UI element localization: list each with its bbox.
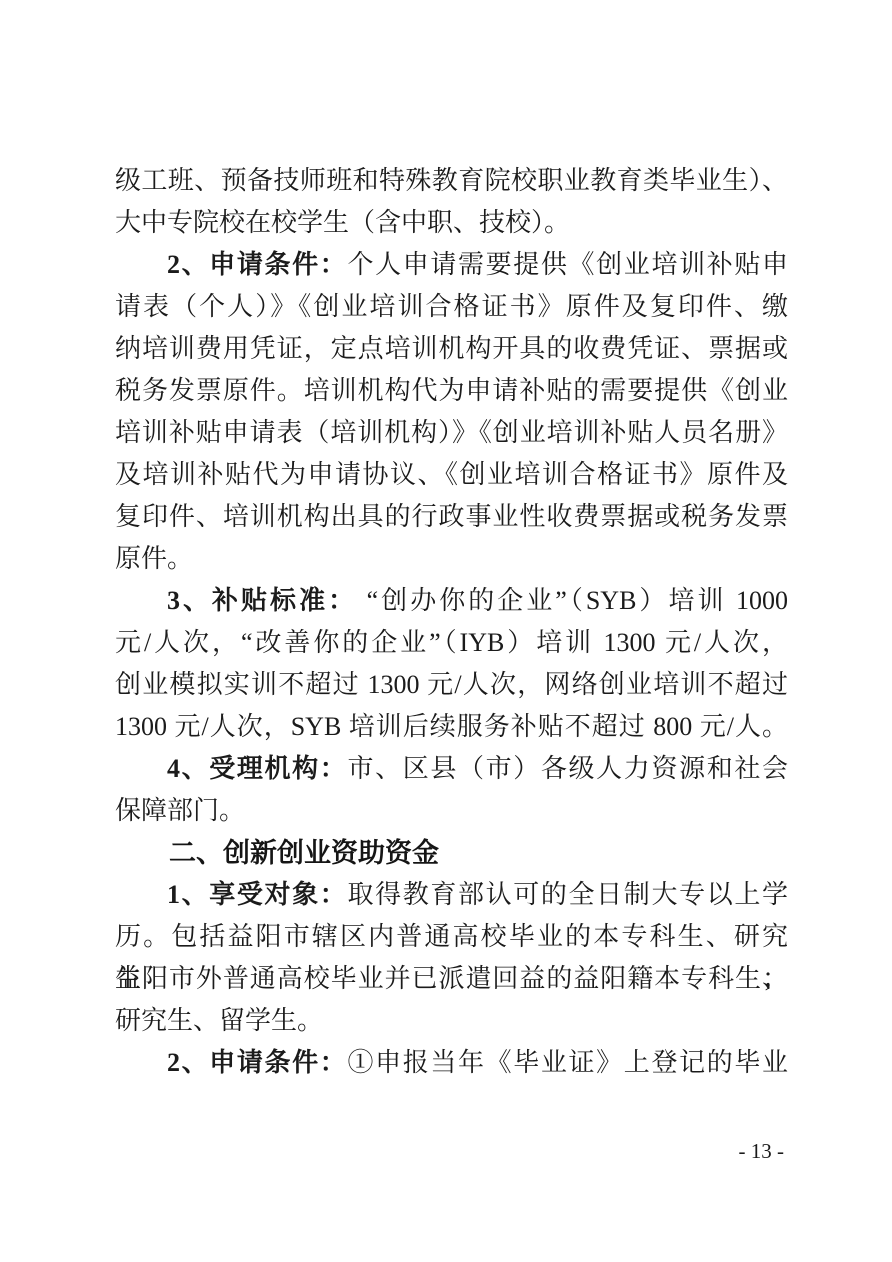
bold-label: 3、补贴标准： <box>167 586 357 615</box>
bold-label: 4、受理机构： <box>167 754 347 783</box>
text-run: 元/人次，“改善你的企业”（IYB）培训 1300 元/人次， <box>115 628 788 657</box>
document-page: 级工班、预备技师班和特殊教育院校职业教育类毕业生）、大中专院校在校学生（含中职、… <box>0 0 892 1262</box>
document-line: 创业模拟实训不超过 1300 元/人次，网络创业培训不超过 <box>115 664 788 706</box>
text-run: 研究生、留学生。 <box>115 1006 323 1035</box>
document-line: 纳培训费用凭证，定点培训机构开具的收费凭证、票据或 <box>115 328 788 370</box>
document-body: 级工班、预备技师班和特殊教育院校职业教育类毕业生）、大中专院校在校学生（含中职、… <box>115 160 788 1084</box>
document-line: 复印件、培训机构出具的行政事业性收费票据或税务发票 <box>115 496 788 538</box>
text-run: 1300 元/人次，SYB 培训后续服务补贴不超过 800 元/人。 <box>115 712 788 741</box>
document-line: 1300 元/人次，SYB 培训后续服务补贴不超过 800 元/人。 <box>115 706 788 748</box>
bold-label: 二、创新创业资助资金 <box>169 838 439 868</box>
document-line: 请表（个人）》《创业培训合格证书》原件及复印件、缴 <box>115 286 788 328</box>
text-run: 个人申请需要提供《创业培训补贴申 <box>347 250 788 279</box>
text-run: 纳培训费用凭证，定点培训机构开具的收费凭证、票据或 <box>115 334 788 363</box>
bold-label: 1、享受对象： <box>167 880 347 909</box>
document-line: 2、申请条件：①申报当年《毕业证》上登记的毕业 <box>115 1042 788 1084</box>
text-run: 及培训补贴代为申请协议、《创业培训合格证书》原件及 <box>115 460 788 489</box>
bold-label: 2、申请条件： <box>167 1048 347 1077</box>
document-line: 3、补贴标准： “创办你的企业”（SYB）培训 1000 <box>115 580 788 622</box>
text-run: 保障部门。 <box>115 796 245 825</box>
document-line: 及培训补贴代为申请协议、《创业培训合格证书》原件及 <box>115 454 788 496</box>
text-run: 培训补贴申请表（培训机构）》《创业培训补贴人员名册》 <box>115 418 788 447</box>
document-line: 原件。 <box>115 538 788 580</box>
document-line: 税务发票原件。培训机构代为申请补贴的需要提供《创业 <box>115 370 788 412</box>
text-run: 市、区县（市）各级人力资源和社会 <box>347 754 788 783</box>
text-run: 取得教育部认可的全日制大专以上学 <box>347 880 788 909</box>
text-run: 创业模拟实训不超过 1300 元/人次，网络创业培训不超过 <box>115 670 788 699</box>
document-line: 培训补贴申请表（培训机构）》《创业培训补贴人员名册》 <box>115 412 788 454</box>
text-run: 复印件、培训机构出具的行政事业性收费票据或税务发票 <box>115 502 788 531</box>
text-run: 级工班、预备技师班和特殊教育院校职业教育类毕业生）、 <box>115 166 788 195</box>
document-line: 2、申请条件：个人申请需要提供《创业培训补贴申 <box>115 244 788 286</box>
document-line: 历。包括益阳市辖区内普通高校毕业的本专科生、研究生； <box>115 916 788 958</box>
document-line: 1、享受对象：取得教育部认可的全日制大专以上学 <box>115 874 788 916</box>
text-run: ①申报当年《毕业证》上登记的毕业 <box>347 1048 788 1077</box>
text-run: 原件。 <box>115 544 193 573</box>
text-run: 大中专院校在校学生（含中职、技校）。 <box>115 208 570 237</box>
document-line: 元/人次，“改善你的企业”（IYB）培训 1300 元/人次， <box>115 622 788 664</box>
document-line: 保障部门。 <box>115 790 788 832</box>
document-line: 益阳市外普通高校毕业并已派遣回益的益阳籍本专科生、 <box>115 958 788 1000</box>
section-heading: 二、创新创业资助资金 <box>115 832 788 874</box>
document-line: 研究生、留学生。 <box>115 1000 788 1042</box>
document-line: 大中专院校在校学生（含中职、技校）。 <box>115 202 788 244</box>
document-line: 级工班、预备技师班和特殊教育院校职业教育类毕业生）、 <box>115 160 788 202</box>
text-run: “创办你的企业”（SYB）培训 1000 <box>357 586 788 615</box>
text-run: 益阳市外普通高校毕业并已派遣回益的益阳籍本专科生、 <box>115 964 788 993</box>
text-run: 税务发票原件。培训机构代为申请补贴的需要提供《创业 <box>115 376 788 405</box>
text-run: 请表（个人）》《创业培训合格证书》原件及复印件、缴 <box>115 292 788 321</box>
document-line: 4、受理机构：市、区县（市）各级人力资源和社会 <box>115 748 788 790</box>
page-number: - 13 - <box>739 1138 785 1164</box>
bold-label: 2、申请条件： <box>167 250 347 279</box>
